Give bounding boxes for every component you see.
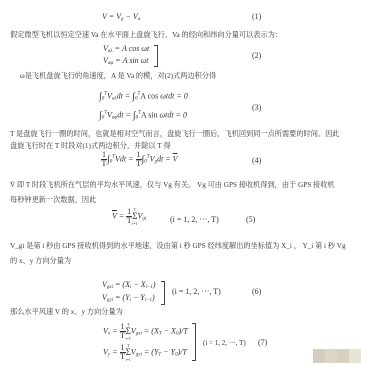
equation-2-line-2: Vaφ = A sin ωt: [103, 56, 149, 66]
equation-3-line-1: ∫0TVaλdt = ∫0TA cos ωtdt = 0: [99, 91, 188, 102]
paragraph-omega: ω是飞机盘旋飞行的角速度，A 是 Va 的模，对(2)式两边积分得: [20, 71, 216, 81]
equation-3-number: (3): [252, 103, 261, 112]
equation-7-number: (7): [258, 338, 267, 347]
equation-5-number: (5): [246, 215, 255, 224]
paragraph-period-line-1: T 是盘旋飞行一圈的时间，也就是相对空气而言，盘旋飞行一圈后，飞机回到同一点所需…: [10, 129, 340, 139]
equation-5: V = 1TTΣi=1Vgi: [112, 207, 146, 226]
equation-4: 1T∫0TVdt = 1T∫0TVgdt = V: [101, 151, 177, 168]
paragraph-mean-wind-line-2: 每秒钟更新一次数据，因此: [10, 195, 96, 205]
paragraph-ground-speed-line-2: 的 x、y 方向分量为: [10, 256, 71, 266]
equation-7-line-2: Vy = 1TTΣi=1Vgyi = (YT − Y0)/T: [103, 343, 187, 362]
equation-1: V = Vg − Va: [102, 12, 140, 22]
equation-1-number: (1): [252, 12, 261, 21]
equation-6-line-2: Vgyi = (Yi − Yi−1): [102, 293, 155, 303]
equation-6-brace: [161, 281, 165, 305]
equation-5-range: (i = 1, 2, ···, T): [170, 215, 219, 224]
equation-2-number: (2): [252, 51, 261, 60]
equation-4-number: (4): [252, 156, 261, 165]
equation-6-number: (6): [252, 287, 261, 296]
watermark-block: [313, 349, 361, 363]
paragraph-airspeed-intro: 假定微型飞机以恒定空速 Va 在水平面上盘旋飞行，Va 的经向和纬向分量可以表示…: [10, 30, 282, 40]
equation-2-brace: [154, 45, 158, 67]
equation-3-line-2: ∫0TVaφdt = ∫0TA sin ωtdt = 0: [99, 110, 187, 121]
paragraph-wind-components: 那么水平风速 V 的 x、y 方向分量为: [10, 307, 123, 317]
equation-6-line-1: Vgxi = (Xi − Xi−1): [102, 280, 156, 290]
paragraph-period-line-2: 盘旋飞行时在 T 时段对(1)式两边积分，并除以 T 得: [10, 141, 171, 151]
watermark-segment: [325, 349, 337, 363]
equation-7-line-1: Vx = 1TTΣi=1Vgxi = (XT − X0)/T: [103, 322, 188, 341]
equation-2-line-1: Vaλ = A cos ωt: [103, 44, 149, 54]
paragraph-mean-wind-line-1: V̄ 即 T 时段飞机所在气层的平均水平风速，仅与 Vg 有关。 Vg 可由 G…: [10, 180, 335, 190]
paragraph-ground-speed-line-1: V_gi 是第 i 秒由 GPS 接收机得到的水平地速，设由第 i 秒 GPS …: [10, 241, 346, 251]
watermark-segment: [337, 349, 349, 363]
equation-7-range: (i = 1, 2, ···, T): [203, 339, 246, 347]
equation-6-range: (i = 1, 2, ···, T): [172, 287, 221, 296]
equation-7-brace: [192, 323, 196, 361]
watermark-segment: [349, 349, 361, 363]
watermark-segment: [313, 349, 325, 363]
